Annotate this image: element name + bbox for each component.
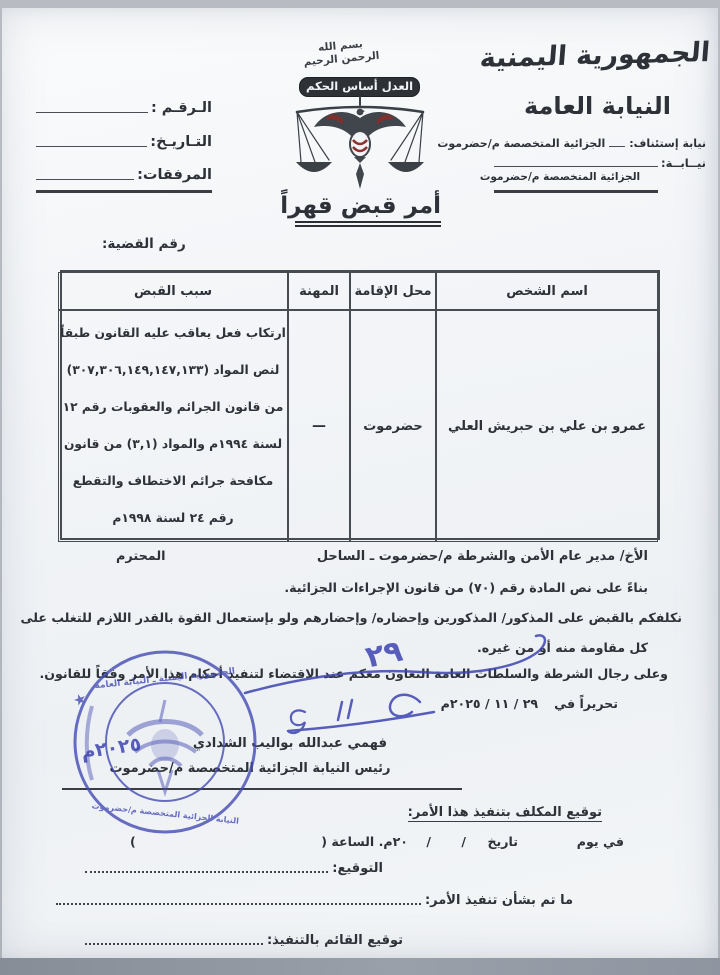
ref-number-label: الـرقـم : <box>151 100 212 116</box>
prosecution-label: نيــابــة: <box>661 156 706 170</box>
reason-line: لسنة ١٩٩٤م والمواد (٣,١) من قانون <box>60 426 286 463</box>
right-scale-pan <box>388 162 424 172</box>
reason-line: ارتكاب فعل يعاقب عليه القانون طبقاً <box>60 315 286 352</box>
executor-signature-heading: توقيع المكلف بتنفيذ هذا الأمر: <box>408 805 602 822</box>
left-scale-pan <box>296 162 332 172</box>
prosecution-row: نيــابــة: <box>494 156 706 170</box>
scales-of-justice-emblem <box>284 96 436 192</box>
signature-label: التوقيع: <box>332 861 383 876</box>
cell-profession: — <box>288 310 350 542</box>
ref-attachments-row: المرفقات: <box>36 161 212 183</box>
right-divider-rule <box>494 190 658 193</box>
appeal-prosecution-row: نيابة إستئناف: الجزائية المتخصصة م/حضرمو… <box>437 137 706 150</box>
left-divider-rule <box>36 190 212 193</box>
authority-name: النيابة العامة <box>495 92 700 120</box>
reason-line: رقم ٢٤ لسنة ١٩٩٨م <box>60 500 286 537</box>
outcome-dotted-line <box>56 903 421 905</box>
addressee-line: الأخ/ مدير عام الأمن والشرطة م/حضرموت ـ … <box>317 549 648 564</box>
day-label: في يوم <box>577 834 624 849</box>
date-slash: / <box>426 834 431 849</box>
signature-line-row: التوقيع: <box>85 861 383 876</box>
ref-date-blank-line <box>36 146 147 147</box>
cooperation-line: وعلى رجال الشرطة والسلطات العامة التعاون… <box>39 666 668 681</box>
prosecution-value: الجزائية المتخصصة م/حضرموت <box>470 171 650 183</box>
document-title: أمر قبض قهراً <box>295 193 441 227</box>
executor-sign-row: توقيع القائم بالتنفيذ: <box>85 933 403 948</box>
ref-number-row: الـرقـم : <box>36 94 212 116</box>
reason-line: مكافحة جرائم الاختطاف والتقطع <box>60 463 286 500</box>
country-name-calligraphy: الجمهورية اليمنية <box>479 37 711 74</box>
issued-date: ٢٩ / ١١ / ٢٠٢٥م <box>441 696 538 711</box>
motto-banner: العدل أساس الحكم <box>299 77 420 97</box>
issued-row: تحريراً في ٢٩ / ١١ / ٢٠٢٥م <box>441 696 618 711</box>
photo-bottom-edge <box>0 958 720 975</box>
col-header-name: اسم الشخص <box>436 272 658 310</box>
hour-paren-close: ) <box>130 834 136 849</box>
col-header-reason: سبب القبض <box>58 272 288 310</box>
photo-background: الـرقـم : التـاريـخ: المرفقات: بسم الله … <box>0 0 720 975</box>
warrant-table: اسم الشخص محل الإقامة المهنة سبب القبض ع… <box>60 270 660 540</box>
reason-line: من قانون الجرائم والعقوبات رقم ١٢ <box>60 389 286 426</box>
date-label: تاريخ <box>487 834 518 849</box>
outcome-label: ما تم بشأن تنفيذ الأمر: <box>425 893 573 908</box>
date-slash: / <box>461 834 466 849</box>
appeal-dash-line <box>609 146 625 147</box>
case-number-label: رقم القضية: <box>102 236 186 252</box>
prosecutor-title: رئيس النيابة الجزائية المتخصصة م/حضرموت <box>100 761 400 776</box>
ref-attachments-label: المرفقات: <box>137 167 212 183</box>
prosecution-blank-line <box>494 166 658 167</box>
eagle-figure <box>314 109 406 189</box>
signature-underline <box>62 788 462 790</box>
executor-label: توقيع القائم بالتنفيذ: <box>267 933 403 948</box>
honorific: المحترم <box>116 549 166 564</box>
legal-basis-line: بناءً على نص المادة رقم (٧٠) من قانون ال… <box>284 580 648 595</box>
signature-dotted-line <box>85 871 328 873</box>
ref-attachments-blank-line <box>36 179 134 180</box>
col-header-profession: المهنة <box>288 272 350 310</box>
reason-line: لنص المواد (٣٠٧,٣٠٦,١٤٩,١٤٧,١٣٣) <box>60 352 286 389</box>
hour-label: ٢٠م. الساعة ( <box>321 834 408 849</box>
order-line-1: نكلفكم بالقبض على المذكور/ المذكورين وإح… <box>20 610 682 625</box>
cell-arrest-reason: ارتكاب فعل يعاقب عليه القانون طبقاً لنص … <box>58 310 288 542</box>
cell-residence: حضرموت <box>350 310 436 542</box>
appeal-prosecution-label: نيابة إستئناف: <box>629 137 706 150</box>
ref-date-label: التـاريـخ: <box>150 134 212 150</box>
appeal-prosecution-value: الجزائية المتخصصة م/حضرموت <box>437 137 605 150</box>
ref-number-blank-line <box>36 112 148 113</box>
col-header-residence: محل الإقامة <box>350 272 436 310</box>
issued-label: تحريراً في <box>554 696 618 711</box>
executor-dotted-line <box>85 943 263 945</box>
outcome-row: ما تم بشأن تنفيذ الأمر: <box>56 893 573 908</box>
ref-date-row: التـاريـخ: <box>36 128 212 150</box>
order-line-2: كل مقاومة منه أو من غيره. <box>477 640 648 655</box>
prosecutor-name: فهمي عبدالله بواليب الشدادي <box>212 736 387 751</box>
cell-person-name: عمرو بن علي بن حبريش العلي <box>436 310 658 542</box>
